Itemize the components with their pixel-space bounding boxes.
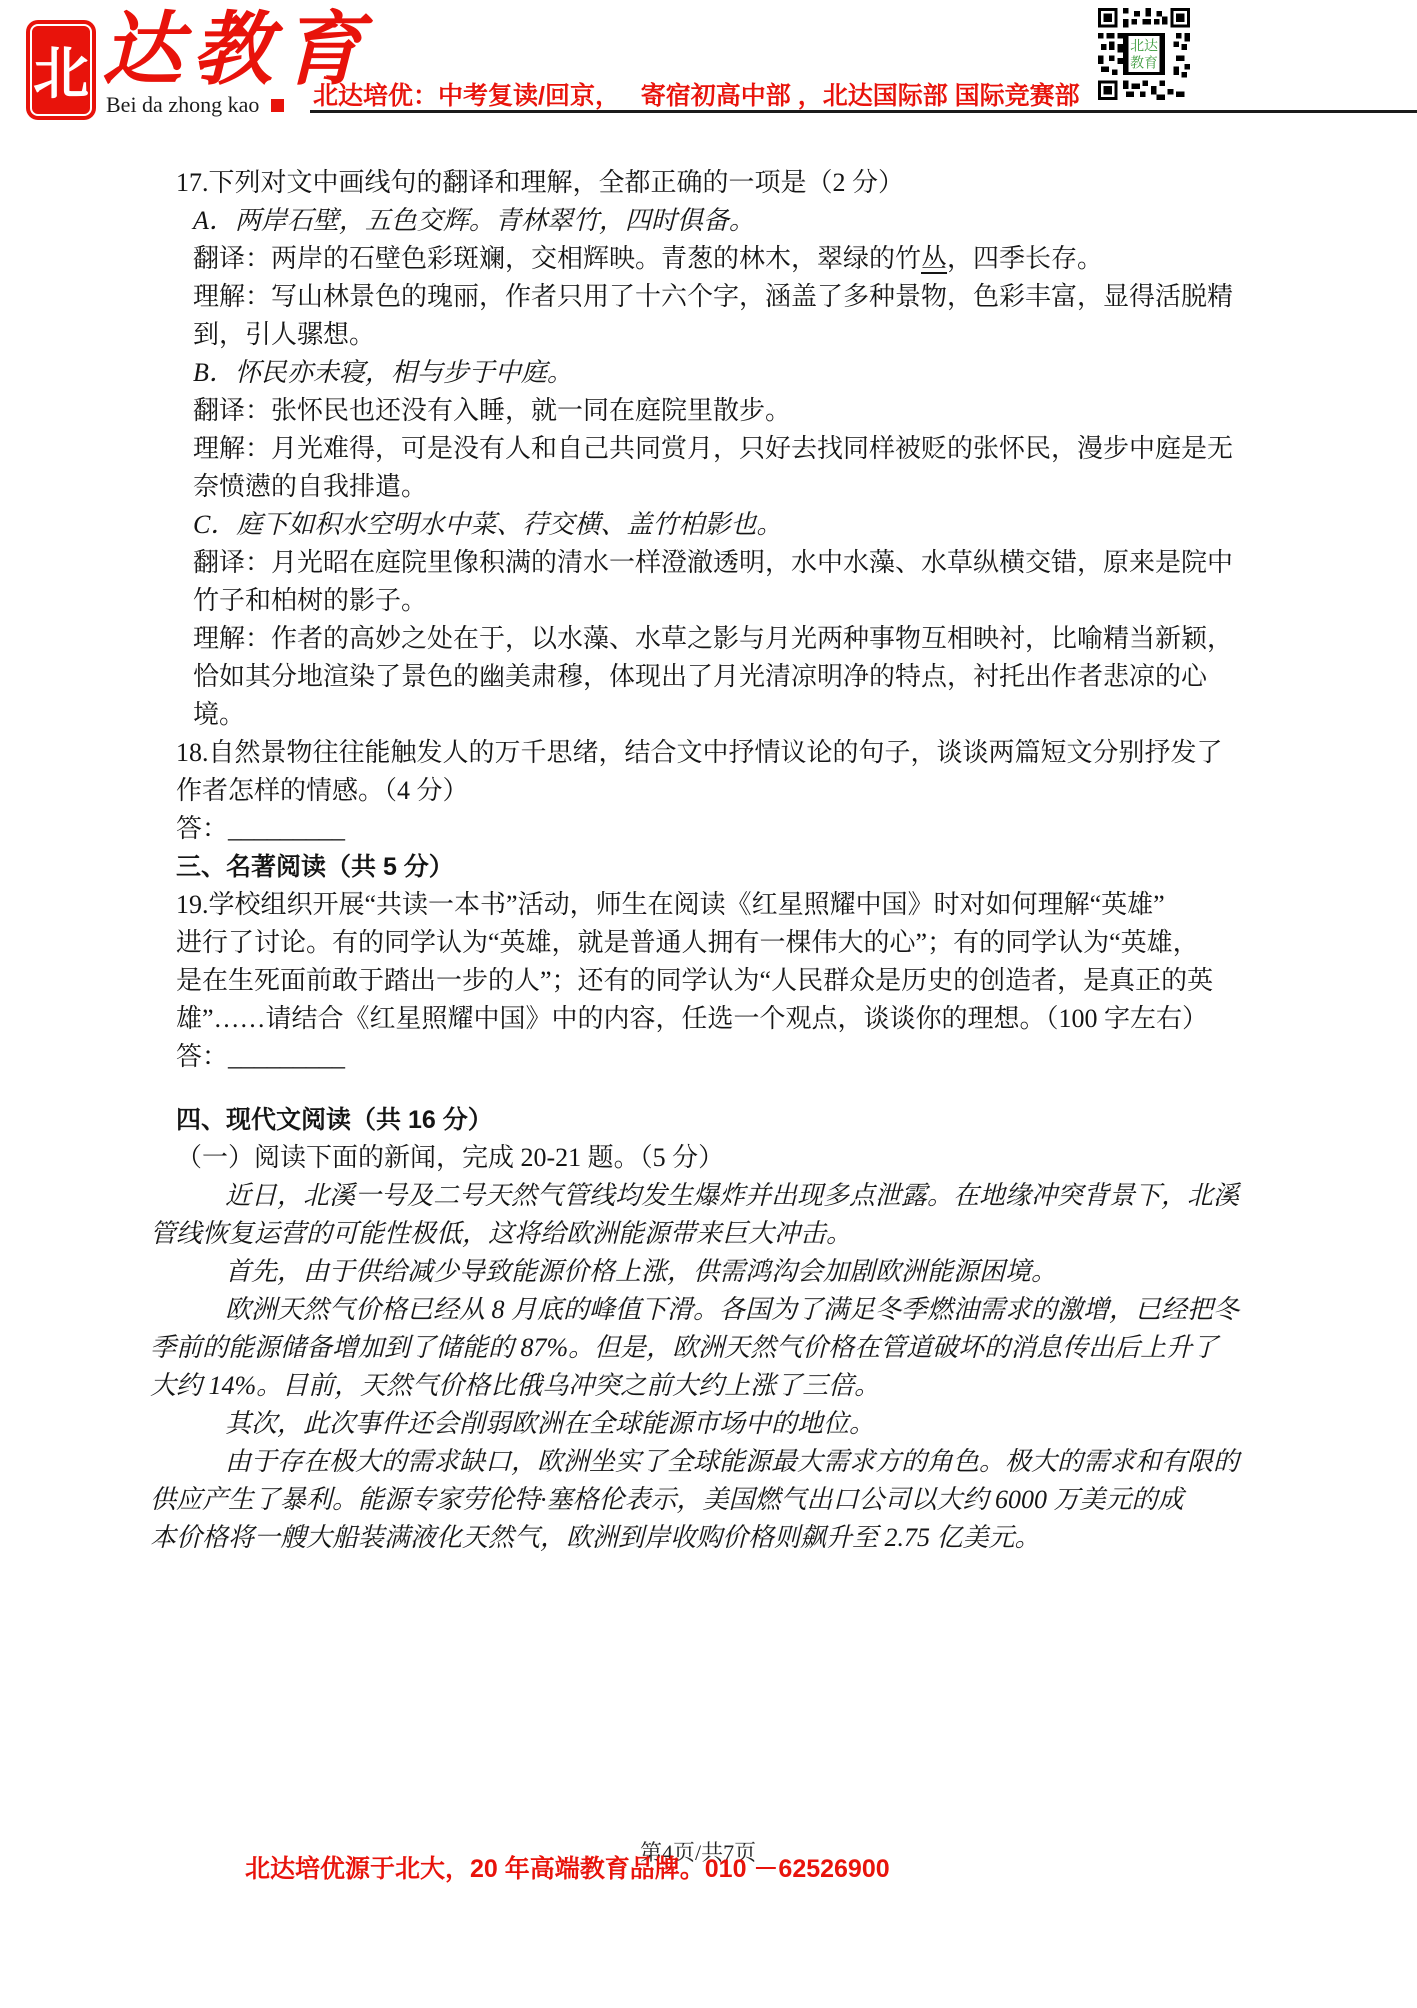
logo-subtitle-text: Bei da zhong kao [106,92,259,117]
q17-option-c-analysis: 理解：作者的高妙之处在于，以水藻、水草之影与月光两种事物互相映衬，比喻精当新颖， [193,620,1417,658]
news-paragraph-5c: 本价格将一艘大船装满液化天然气，欧洲到岸收购价格则飙升至 2.75 亿美元。 [150,1519,1417,1557]
q17-option-b: B．怀民亦未寝，相与步于中庭。 [193,354,1417,392]
news-paragraph-2: 首先，由于供给减少导致能源价格上涨，供需鸿沟会加剧欧洲能源困境。 [225,1253,1417,1291]
q17-stem: 17.下列对文中画线句的翻译和理解，全都正确的一项是（2 分） [176,164,1417,202]
news-paragraph-5: 由于存在极大的需求缺口，欧洲坐实了全球能源最大需求方的角色。极大的需求和有限的 [225,1443,1417,1481]
exam-page: 北 达教育 Bei da zhong kao 北达培优：中考复读/回京， 寄宿初… [0,0,1417,2008]
section-3-heading: 三、名著阅读（共 5 分） [176,848,1417,886]
header-tagline: 北达培优：中考复读/回京， 寄宿初高中部 ，北达国际部 国际竞赛部 [313,76,1080,112]
news-paragraph-3: 欧洲天然气价格已经从 8 月底的峰值下滑。各国为了满足冬季燃油需求的激增，已经把… [225,1291,1417,1329]
q17-option-c-translation: 翻译：月光昭在庭院里像积满的清水一样澄澈透明，水中水藻、水草纵横交错，原来是院中 [193,544,1417,582]
q19-stem-4: 雄”……请结合《红星照耀中国》中的内容，任选一个观点，谈谈你的理想。（100 字… [176,1000,1417,1038]
translation-post: ，四季长存。 [947,244,1103,273]
q19-stem-3: 是在生死面前敢于踏出一步的人”；还有的同学认为“人民群众是历史的创造者，是真正的… [176,962,1417,1000]
q17-option-a: A．两岸石壁，五色交辉。青林翠竹，四时俱备。 [193,202,1417,240]
q17-option-a-analysis-2: 到，引人骡想。 [193,316,1417,354]
news-paragraph-4: 其次，此次事件还会削弱欧洲在全球能源市场中的地位。 [225,1405,1417,1443]
part-1-instruction: （一）阅读下面的新闻，完成 20-21 题。（5 分） [176,1139,1417,1177]
q17-option-b-analysis-2: 奈愤懑的自我排遣。 [193,468,1417,506]
header-divider [310,110,1417,113]
q17-option-c-analysis-2: 恰如其分地渲染了景色的幽美肃穆，体现出了月光清凉明净的特点，衬托出作者悲凉的心 [193,658,1417,696]
q18-stem-2: 作者怎样的情感。（4 分） [176,772,1417,810]
section-4-heading: 四、现代文阅读（共 16 分） [176,1101,1417,1139]
news-paragraph-1: 近日，北溪一号及二号天然气管线均发生爆炸并出现多点泄露。在地缘冲突背景下，北溪 [225,1177,1417,1215]
q17-option-a-analysis: 理解：写山林景色的瑰丽，作者只用了十六个字，涵盖了多种景物，色彩丰富，显得活脱精 [193,278,1417,316]
news-paragraph-5b: 供应产生了暴利。能源专家劳伦特·塞格伦表示，美国燃气出口公司以大约 6000 万… [150,1481,1417,1519]
news-paragraph-3c: 大约 14%。目前，天然气价格比俄乌冲突之前大约上涨了三倍。 [150,1367,1417,1405]
news-paragraph-1b: 管线恢复运营的可能性极低，这将给欧洲能源带来巨大冲击。 [150,1215,1417,1253]
qr-code-icon: 北达 教育 [1098,8,1190,100]
news-paragraph-3b: 季前的能源储备增加到了储能的 87%。但是，欧洲天然气价格在管道破坏的消息传出后… [150,1329,1417,1367]
exam-content: 17.下列对文中画线句的翻译和理解，全都正确的一项是（2 分） A．两岸石壁，五… [0,164,1417,1557]
qr-center-text-1: 北达 [1130,38,1158,55]
q19-answer-blank: 答：_________ [176,1038,1417,1076]
logo-subtitle: Bei da zhong kao [106,92,284,118]
q17-option-c-analysis-3: 境。 [193,696,1417,734]
q17-option-a-translation: 翻译：两岸的石壁色彩斑斓，交相辉映。青葱的林木，翠绿的竹丛，四季长存。 [193,240,1417,278]
q19-stem-2: 进行了讨论。有的同学认为“英雄，就是普通人拥有一棵伟大的心”；有的同学认为“英雄… [176,924,1417,962]
qr-center-text-2: 教育 [1130,54,1158,71]
q19-stem: 19.学校组织开展“共读一本书”活动，师生在阅读《红星照耀中国》时对如何理解“英… [176,886,1417,924]
q17-option-c-translation-2: 竹子和柏树的影子。 [193,582,1417,620]
q17-option-c: C．庭下如积水空明水中菜、荇交横、盖竹柏影也。 [193,506,1417,544]
logo-seal-character: 北 [33,30,89,110]
logo-seal-icon: 北 [30,24,92,116]
footer-slogan: 北达培优源于北大，20 年高端教育品牌。010 －62526900 [245,1849,890,1885]
q17-option-b-translation: 翻译：张怀民也还没有入睡，就一同在庭院里散步。 [193,392,1417,430]
red-square-icon [271,99,284,112]
underlined-char: 丛 [921,244,947,273]
q18-stem: 18.自然景物往往能触发人的万千思绪，结合文中抒情议论的句子，谈谈两篇短文分别抒… [176,734,1417,772]
q18-answer-blank: 答：_________ [176,810,1417,848]
q17-option-b-analysis: 理解：月光难得，可是没有人和自己共同赏月，只好去找同样被贬的张怀民，漫步中庭是无 [193,430,1417,468]
translation-pre: 翻译：两岸的石壁色彩斑斓，交相辉映。青葱的林木，翠绿的竹 [193,244,921,273]
